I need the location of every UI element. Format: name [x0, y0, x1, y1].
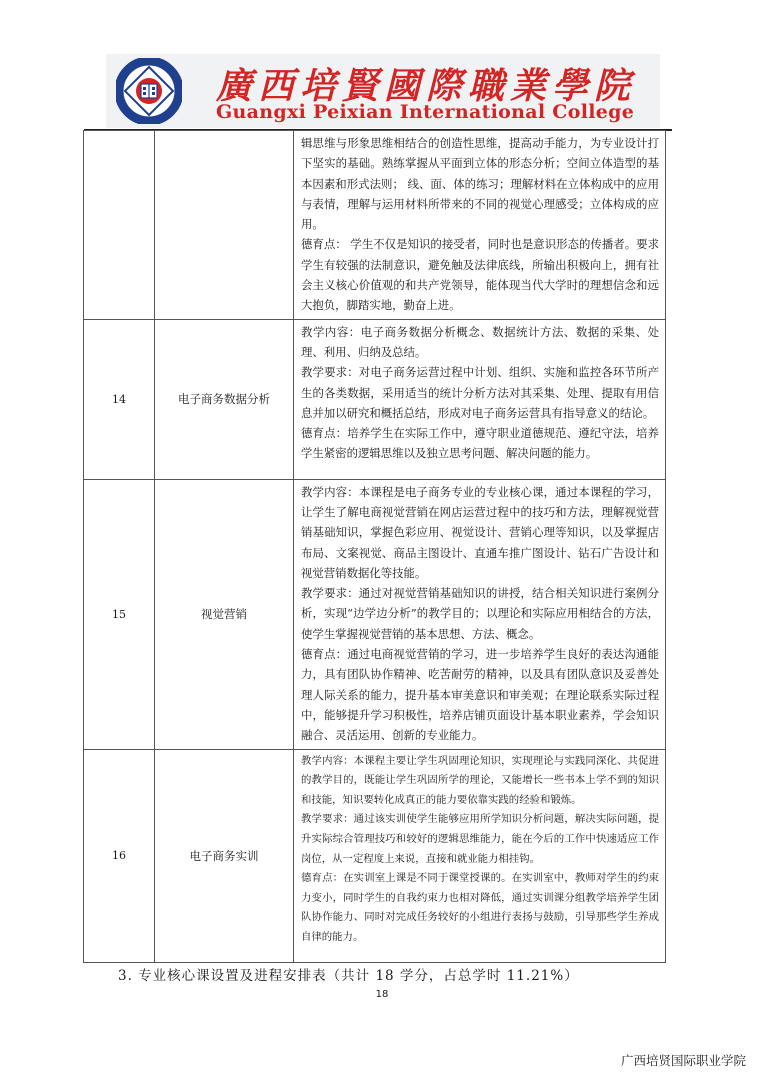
description-paragraph: 教学内容：电子商务数据分析概念、数据统计方法、数据的采集、处理、利用、归纳及总结… [301, 322, 659, 363]
course-table: 辑思维与形象思维相结合的创造性思维，提高动手能力，为专业设计打下坚实的基础。熟练… [83, 130, 666, 963]
table-row: 辑思维与形象思维相结合的创造性思维，提高动手能力，为专业设计打下坚实的基础。熟练… [84, 131, 666, 320]
course-number: 14 [84, 319, 155, 479]
description-paragraph: 德育点：在实训室上课是不同于课堂授课的。在实训室中，教师对学生的约束力变小，同时… [301, 869, 659, 947]
course-number: 16 [84, 749, 155, 962]
table-row: 15 视觉营销 教学内容：本课程是电子商务专业的专业核心课，通过本课程的学习，让… [84, 479, 666, 749]
section-heading: 3. 专业核心课设置及进程安排表（共计 18 学分，占总学时 11.21%） [118, 964, 579, 984]
table-row: 14 电子商务数据分析 教学内容：电子商务数据分析概念、数据统计方法、数据的采集… [84, 319, 666, 479]
brand-name-english: Guangxi Peixian International College [216, 101, 634, 123]
course-number: 15 [84, 479, 155, 749]
page-number: 18 [0, 989, 764, 1000]
description-paragraph: 德育点：培养学生在实际工作中，遵守职业道德规范、遵纪守法，培养学生紧密的逻辑思维… [301, 423, 659, 464]
course-description: 教学内容：本课程是电子商务专业的专业核心课，通过本课程的学习，让学生了解电商视觉… [294, 479, 666, 749]
description-paragraph: 德育点： 学生不仅是知识的接受者，同时也是意识形态的传播者。要求学生有较强的法制… [301, 234, 659, 315]
course-name: 视觉营销 [155, 479, 294, 749]
college-emblem-icon [116, 58, 182, 124]
course-name [155, 131, 294, 320]
description-paragraph: 教学内容：本课程是电子商务专业的专业核心课，通过本课程的学习，让学生了解电商视觉… [301, 482, 659, 583]
course-number [84, 131, 155, 320]
college-banner: 廣西培賢國際職業學院 Guangxi Peixian International… [106, 54, 660, 128]
table-row: 16 电子商务实训 教学内容：本课程主要让学生巩固理论知识，实现理论与实践同深化… [84, 749, 666, 962]
footer-institution: 广西培贤国际职业学院 [621, 1051, 746, 1069]
course-name: 电子商务实训 [155, 749, 294, 962]
description-paragraph: 教学内容：本课程主要让学生巩固理论知识，实现理论与实践同深化、共促进的教学目的，… [301, 752, 659, 811]
description-paragraph: 辑思维与形象思维相结合的创造性思维，提高动手能力，为专业设计打下坚实的基础。熟练… [301, 133, 659, 234]
description-paragraph: 教学要求：通过该实训使学生能够应用所学知识分析问题，解决实际问题，提升实际综合管… [301, 810, 659, 869]
description-paragraph: 教学要求：通过对视觉营销基础知识的讲授，结合相关知识进行案例分析，实现“边学边分… [301, 583, 659, 644]
course-description: 教学内容：电子商务数据分析概念、数据统计方法、数据的采集、处理、利用、归纳及总结… [294, 319, 666, 479]
course-name: 电子商务数据分析 [155, 319, 294, 479]
description-paragraph: 教学要求：对电子商务运营过程中计划、组织、实施和监控各环节所产生的各类数据，采用… [301, 362, 659, 423]
course-description: 教学内容：本课程主要让学生巩固理论知识，实现理论与实践同深化、共促进的教学目的，… [294, 749, 666, 962]
course-description: 辑思维与形象思维相结合的创造性思维，提高动手能力，为专业设计打下坚实的基础。熟练… [294, 131, 666, 320]
description-paragraph: 德育点：通过电商视觉营销的学习，进一步培养学生良好的表达沟通能力，具有团队协作精… [301, 644, 659, 745]
